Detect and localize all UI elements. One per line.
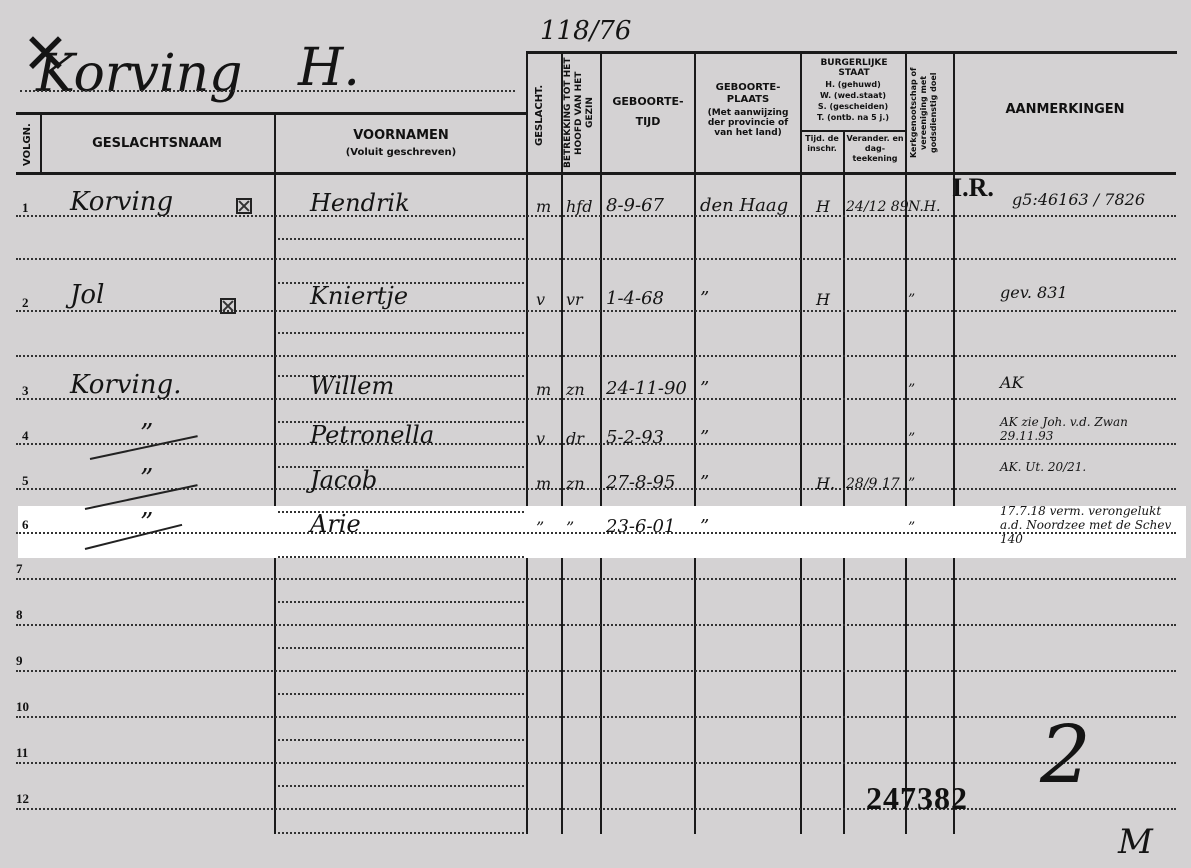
header-geboortetijd-2: TIJD xyxy=(602,115,694,128)
cell-remarks: gev. 831 xyxy=(1000,286,1068,300)
cell-civil: H. xyxy=(816,474,835,493)
header-step-line xyxy=(526,51,528,113)
cell-surname: ” xyxy=(140,464,153,494)
row-number: 4 xyxy=(22,428,29,444)
header-bs-tijd: Tijd. de inschr. xyxy=(802,134,842,154)
cell-given: Jacob xyxy=(310,466,377,494)
cell-given: Petronella xyxy=(310,421,434,449)
row-line xyxy=(16,578,1176,580)
col-line xyxy=(274,112,276,834)
header-bs-w: W. (wed.staat) xyxy=(802,91,904,100)
cell-sex: v xyxy=(536,429,545,448)
cell-sex: m xyxy=(536,474,551,493)
row-line xyxy=(16,310,1176,312)
cell-remarks: AK zie Joh. v.d. Zwan 29.11.93 xyxy=(1000,415,1180,443)
header-geboortetijd-1: GEBOORTE- xyxy=(602,95,694,108)
cell-birth-date: 5-2-93 xyxy=(606,427,664,448)
row-line xyxy=(16,762,1176,764)
header-geslachtsnaam: GESLACHTSNAAM xyxy=(40,136,274,151)
reference-number: 118/76 xyxy=(540,16,631,46)
cell-sex: m xyxy=(536,380,551,399)
row-number: 5 xyxy=(22,473,29,489)
name-underline xyxy=(20,90,515,92)
cell-relation: zn xyxy=(566,380,585,399)
cell-birth-date: 27-8-95 xyxy=(606,472,675,493)
header-bs-t: T. (ontb. na 5 j.) xyxy=(802,113,904,122)
header-bs-s: S. (gescheiden) xyxy=(802,102,904,111)
header-voornamen: VOORNAMEN xyxy=(276,128,526,143)
cell-remarks: g5:46163 / 7826 xyxy=(1012,193,1145,207)
cell-church: N.H. xyxy=(908,199,940,215)
header-geslacht: GESLACHT. xyxy=(534,60,554,170)
cell-given: Hendrik xyxy=(310,189,410,217)
cell-given: Arie xyxy=(310,510,361,538)
cell-birth-place: ” xyxy=(700,378,709,399)
cell-relation: dr xyxy=(566,429,584,448)
cross-mark: ✕ xyxy=(22,22,69,87)
header-geboorteplaats-sub: (Met aanwijzing der provincie of van het… xyxy=(700,108,796,138)
serial-number: 247382 xyxy=(866,780,968,817)
header-volgnr: VOLGN. xyxy=(22,118,36,172)
row-line xyxy=(278,332,524,334)
card-family-initial: H. xyxy=(298,38,360,98)
cell-birth-date: 8-9-67 xyxy=(606,195,664,216)
row-line xyxy=(16,258,1176,260)
bs-sub-line xyxy=(802,130,906,132)
cell-church: ” xyxy=(908,520,915,536)
row-number: 10 xyxy=(16,699,29,715)
row-number: 9 xyxy=(16,653,23,669)
row-line xyxy=(16,355,1176,357)
header-geboorteplaats-2: PLAATS xyxy=(696,94,800,105)
cell-church: ” xyxy=(908,431,915,447)
header-bs-verander: Verander. en dag-teekening xyxy=(845,134,905,164)
cell-given: Willem xyxy=(310,372,394,400)
row-number: 6 xyxy=(22,517,29,533)
row-number: 8 xyxy=(16,607,23,623)
row-number: 3 xyxy=(22,383,29,399)
row-line xyxy=(16,808,1176,810)
cell-remarks: 17.7.18 verm. verongelukt a.d. Noordzee … xyxy=(1000,504,1180,546)
deceased-mark-icon xyxy=(220,298,236,314)
cell-relation: vr xyxy=(566,290,583,309)
cell-civil: H xyxy=(816,290,830,309)
row-line xyxy=(16,624,1176,626)
row-line xyxy=(278,739,524,741)
remarks-stamp: I.R. xyxy=(952,173,994,203)
row-number: 11 xyxy=(16,745,28,761)
cell-birth-place: ” xyxy=(700,288,709,309)
cell-remarks: AK. Ut. 20/21. xyxy=(1000,460,1086,474)
cell-birth-place: den Haag xyxy=(700,195,788,216)
cell-birth-date: 1-4-68 xyxy=(606,288,664,309)
row-line xyxy=(278,832,524,834)
row-line xyxy=(278,601,524,603)
row-line xyxy=(16,716,1176,718)
header-kerkgenootschap: Kerkgenootschap of vereeniging met godsd… xyxy=(909,56,951,170)
row-line xyxy=(278,647,524,649)
header-top-line-right xyxy=(527,51,1177,54)
cell-surname: Korving. xyxy=(70,370,181,400)
header-voornamen-sub: (Voluit geschreven) xyxy=(276,147,526,158)
cell-remarks: AK xyxy=(1000,376,1024,390)
header-top-line-left xyxy=(16,112,528,115)
row-line xyxy=(278,693,524,695)
header-bs-h: H. (gehuwd) xyxy=(802,80,904,89)
row-line xyxy=(16,398,1176,400)
cell-church: ” xyxy=(908,382,915,398)
col-line xyxy=(526,112,528,834)
corner-initials: M xyxy=(1118,822,1153,862)
cell-surname: Korving xyxy=(70,187,173,217)
col-line xyxy=(843,130,845,834)
cell-surname: Jol xyxy=(70,280,104,310)
header-bottom-line xyxy=(16,172,1176,175)
row-line xyxy=(16,488,1176,490)
row-number: 1 xyxy=(22,200,29,216)
cell-sex: ” xyxy=(536,518,544,537)
cell-birth-date: 23-6-01 xyxy=(606,516,675,537)
row-number: 12 xyxy=(16,791,29,807)
row-number: 2 xyxy=(22,295,29,311)
header-aanmerkingen: AANMERKINGEN xyxy=(955,102,1175,117)
cell-relation: zn xyxy=(566,474,585,493)
cell-birth-place: ” xyxy=(700,516,709,537)
cell-church: ” xyxy=(908,292,915,308)
cell-birth-date: 24-11-90 xyxy=(606,378,687,399)
header-betrekking: BETREKKING TOT HET HOOFD VAN HET GEZIN xyxy=(563,56,599,170)
cell-church: ” xyxy=(908,476,915,492)
corner-mark: 2 xyxy=(1040,708,1091,801)
cell-sex: m xyxy=(536,197,551,216)
cell-civil-change: 24/12 89 xyxy=(846,199,909,215)
row-line xyxy=(16,215,1176,217)
deceased-mark-icon xyxy=(236,198,252,214)
row-line xyxy=(16,443,1176,445)
row-line xyxy=(16,670,1176,672)
cell-civil-change: 28/9 17 xyxy=(846,476,900,492)
cell-given: Kniertje xyxy=(310,282,408,310)
cell-relation: hfd xyxy=(566,197,592,216)
cell-birth-place: ” xyxy=(700,472,709,493)
row-line xyxy=(278,556,524,558)
header-burgerlijke-staat: BURGERLIJKE STAAT xyxy=(806,58,902,78)
cell-civil: H xyxy=(816,197,830,216)
row-line xyxy=(278,238,524,240)
cell-birth-place: ” xyxy=(700,427,709,448)
row-line xyxy=(278,785,524,787)
row-number: 7 xyxy=(16,561,23,577)
cell-relation: ” xyxy=(566,518,574,537)
cell-sex: v xyxy=(536,290,545,309)
header-geboorteplaats-1: GEBOORTE- xyxy=(696,82,800,93)
